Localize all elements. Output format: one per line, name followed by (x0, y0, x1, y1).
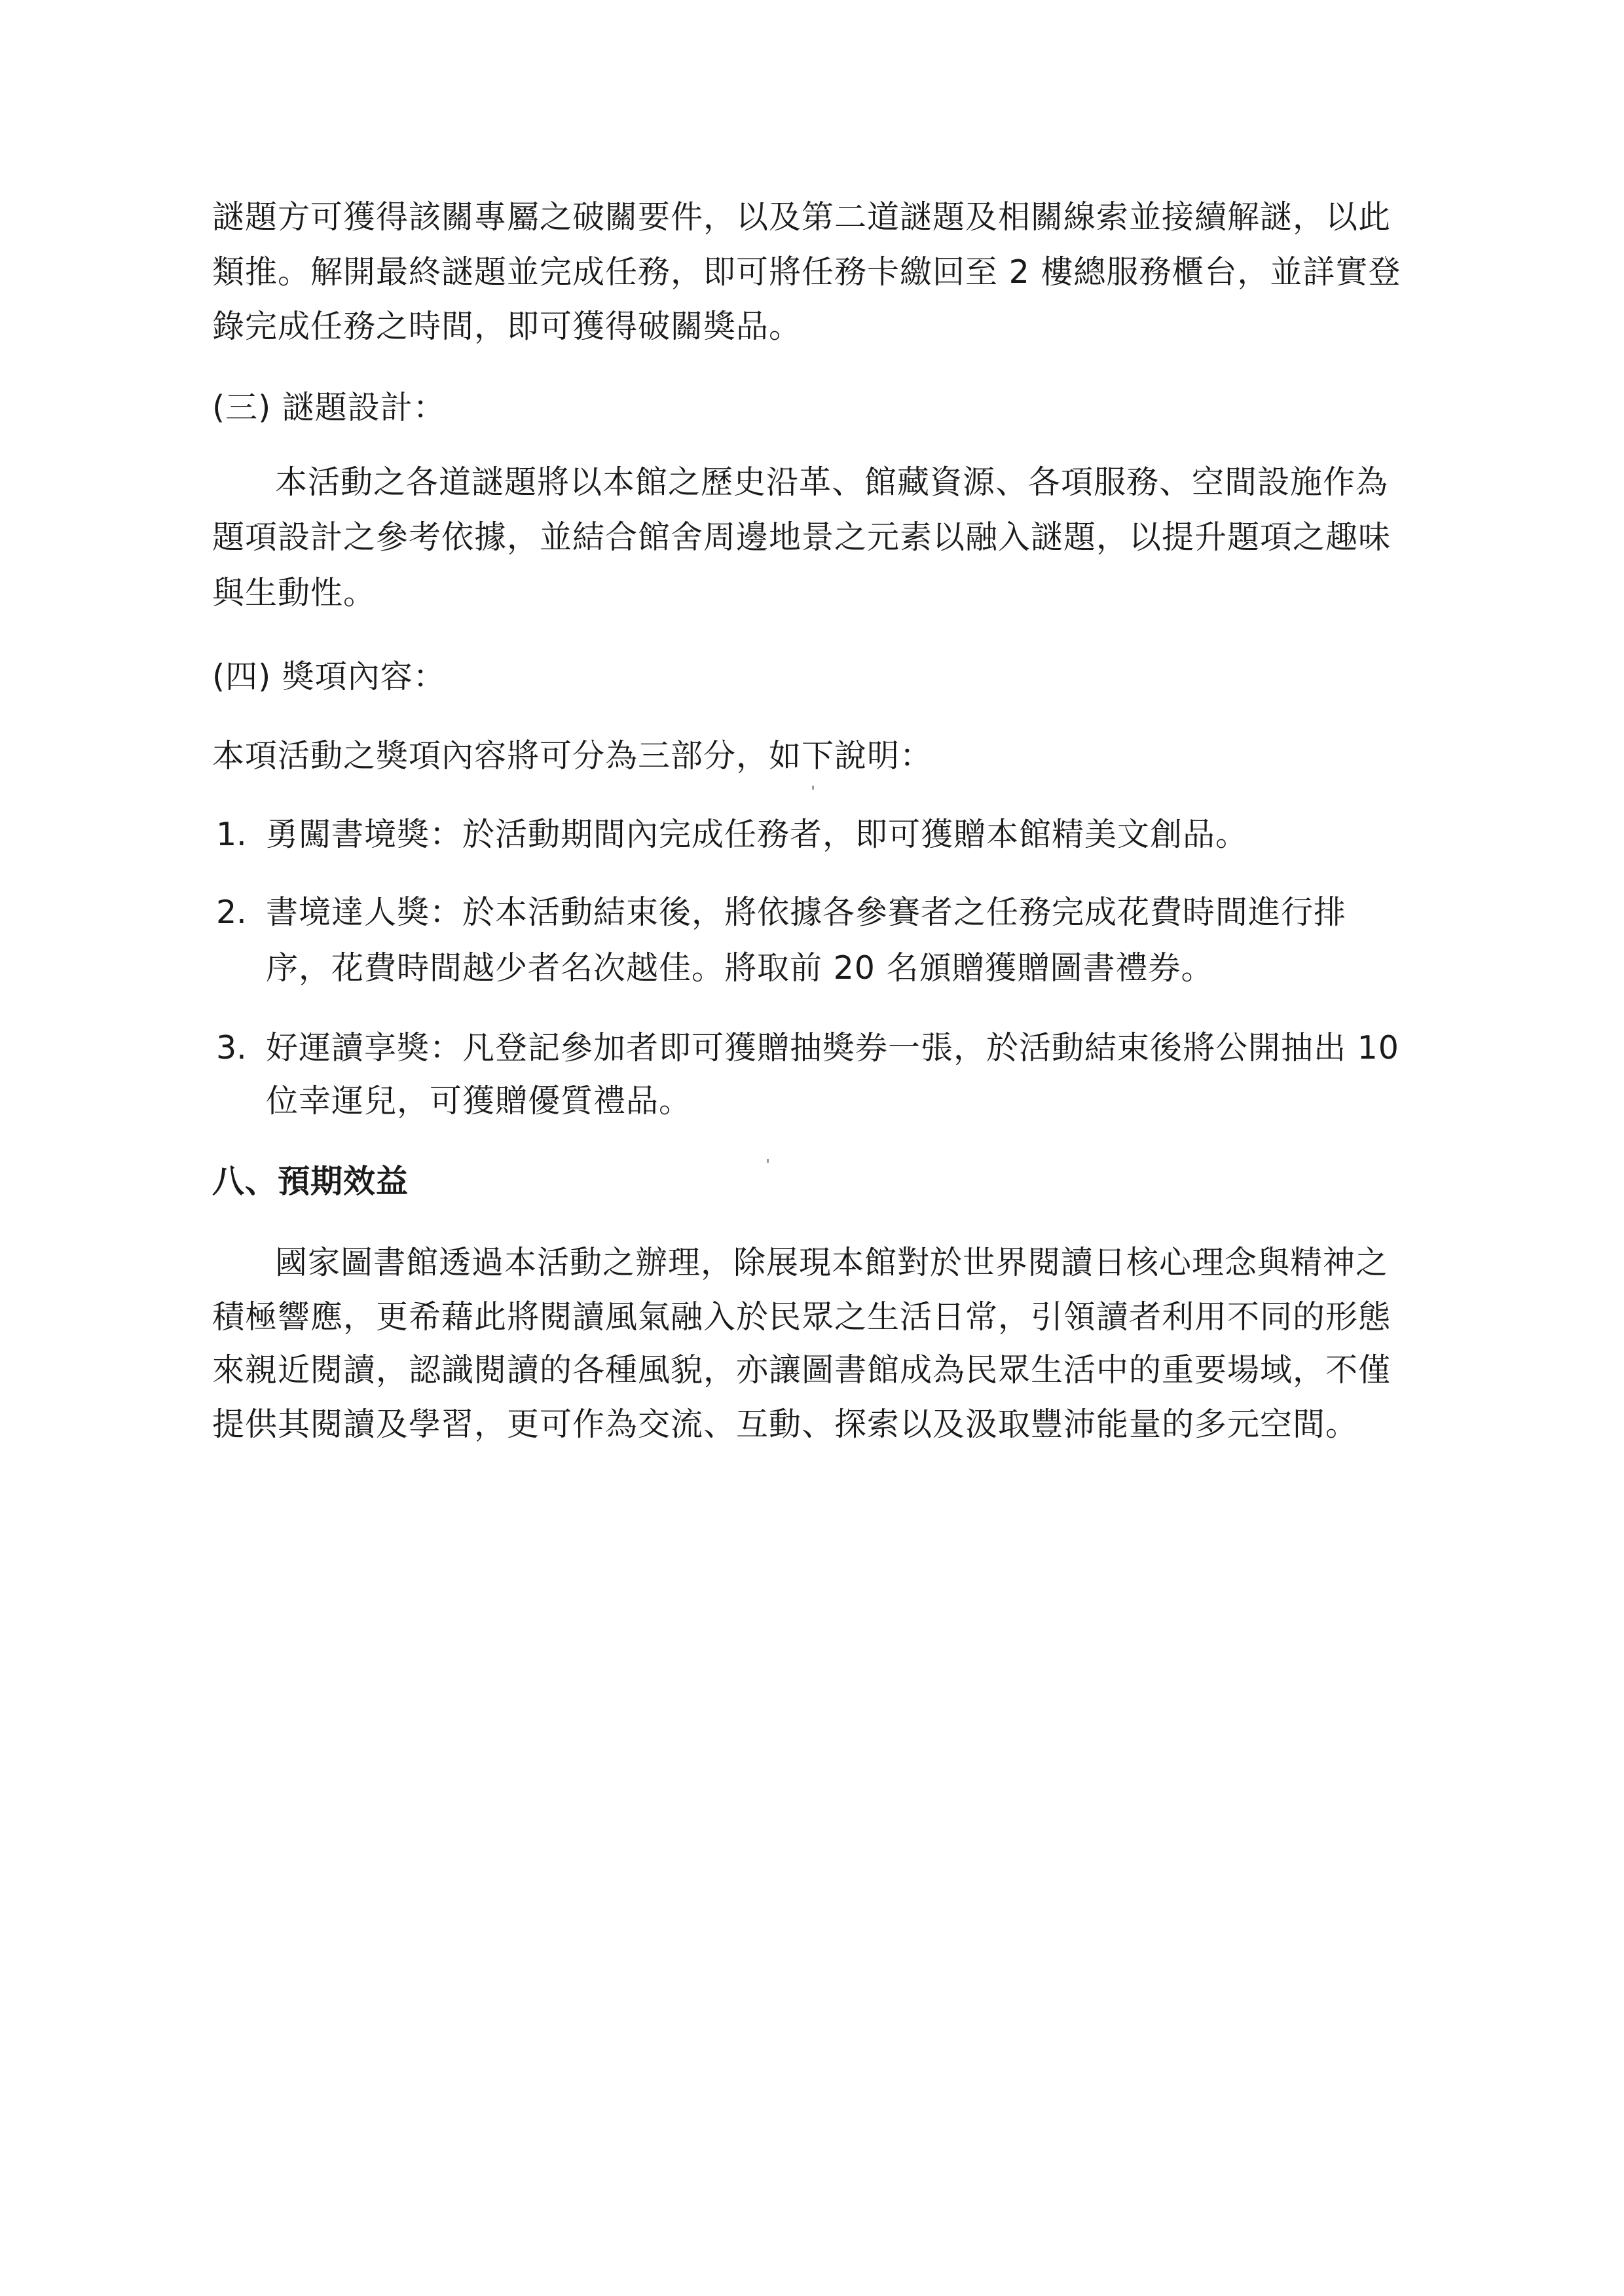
list-item-text: 好運讀享獎：凡登記參加者即可獲贈抽獎券一張，於活動結束後將公開抽出 10 (266, 1029, 1399, 1068)
scan-speck (812, 786, 814, 790)
paragraph-line: 與生動性。 (212, 574, 376, 613)
paragraph-line: 謎題方可獲得該關專屬之破關要件，以及第二道謎題及相關線索並接續解謎，以此 (212, 198, 1391, 237)
awards-intro: 本項活動之獎項內容將可分為三部分，如下說明： (212, 737, 932, 776)
paragraph-line: 本活動之各道謎題將以本館之歷史沿革、館藏資源、各項服務、空間設施作為 (275, 463, 1388, 502)
list-number: 2. (216, 893, 247, 932)
list-item-text: 書境達人獎：於本活動結束後，將依據各參賽者之任務完成花費時間進行排 (266, 893, 1346, 932)
paragraph-line: 積極響應，更希藉此將閱讀風氣融入於民眾之生活日常，引領讀者利用不同的形態 (212, 1298, 1391, 1337)
paragraph-line: 題項設計之參考依據，並結合館舍周邊地景之元素以融入謎題，以提升題項之趣味 (212, 518, 1391, 557)
paragraph-line: 類推。解開最終謎題並完成任務，即可將任務卡繳回至 2 樓總服務櫃台，並詳實登 (212, 253, 1401, 292)
paragraph-line: 國家圖書館透過本活動之辦理，除展現本館對於世界閱讀日核心理念與精神之 (275, 1243, 1388, 1283)
scan-speck (767, 1159, 769, 1163)
paragraph-line: 提供其閱讀及學習，更可作為交流、互動、探索以及汲取豐沛能量的多元空間。 (212, 1405, 1358, 1444)
list-item-text: 序，花費時間越少者名次越佳。將取前 20 名頒贈獲贈圖書禮券。 (266, 949, 1214, 988)
list-number: 1. (216, 815, 247, 854)
section-heading-expected-benefits: 八、預期效益 (212, 1162, 409, 1201)
section-heading-puzzle-design: (三) 謎題設計： (212, 388, 446, 428)
list-item-text: 位幸運兒，可獲贈優質禮品。 (266, 1082, 692, 1121)
list-item-text: 勇闖書境獎：於活動期間內完成任務者，即可獲贈本館精美文創品。 (266, 815, 1248, 854)
paragraph-line: 錄完成任務之時間，即可獲得破關獎品。 (212, 307, 802, 346)
paragraph-line: 來親近閱讀，認識閱讀的各種風貌，亦讓圖書館成為民眾生活中的重要場域，不僅 (212, 1351, 1391, 1390)
list-number: 3. (216, 1029, 247, 1068)
section-heading-awards: (四) 獎項內容： (212, 657, 446, 697)
